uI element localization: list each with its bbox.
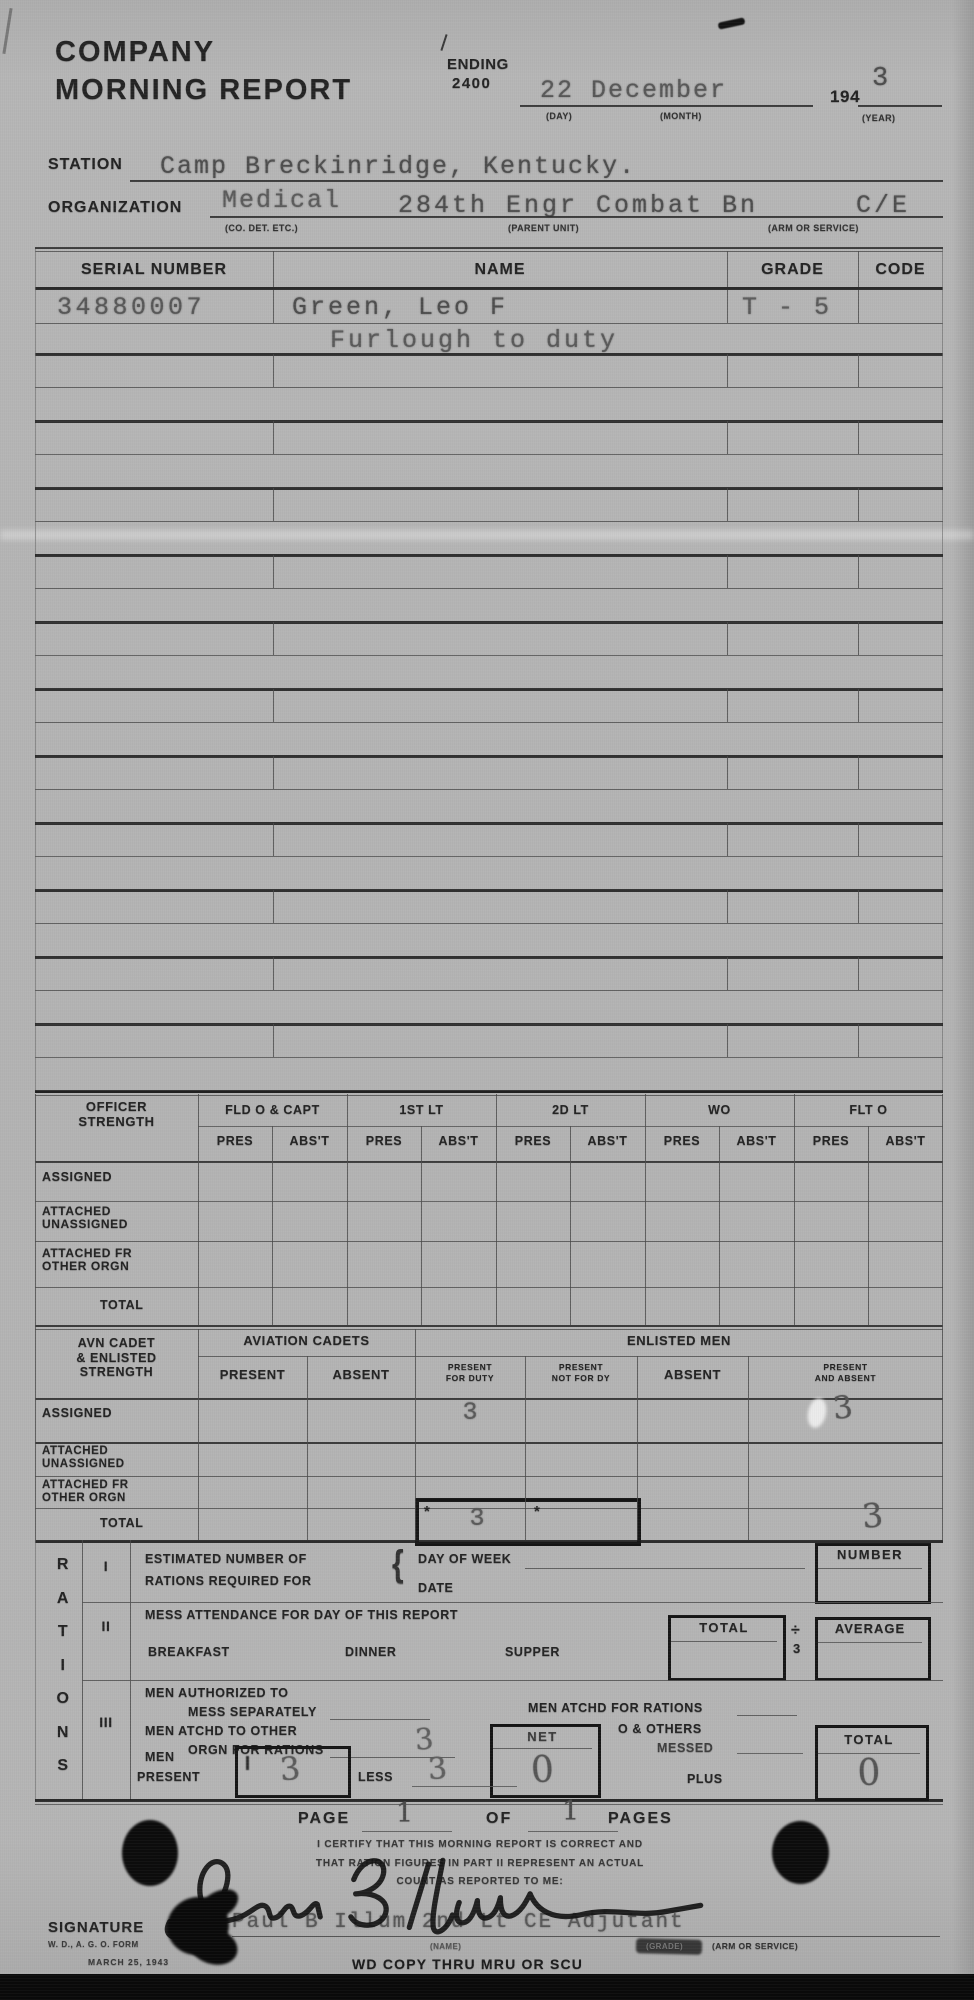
roster-row-divider (35, 990, 943, 991)
mess-attendance-label: MESS ATTENDANCE FOR DAY OF THIS REPORT (145, 1608, 458, 1622)
officer-row-divider (35, 1287, 943, 1288)
punch-hole-left (122, 1820, 178, 1886)
roster-column-divider (273, 622, 274, 655)
cadet-bottom-rule (35, 1540, 943, 1543)
roster-column-divider (273, 354, 274, 387)
mess-total-box-label: TOTAL (668, 1621, 780, 1636)
ink-dash-mark (718, 17, 746, 29)
table-column-divider (645, 1094, 646, 1325)
enlisted-group-header: ENLISTED MEN (415, 1334, 943, 1349)
roster-right-border (942, 249, 943, 1091)
men-label: MEN (145, 1750, 175, 1764)
officer-group-header: 1ST LT (347, 1103, 496, 1117)
co-det-label: (CO. DET. ETC.) (225, 223, 298, 233)
table-column-divider (198, 1094, 199, 1325)
rations-left-border (35, 1540, 36, 1800)
roster-column-divider (273, 421, 274, 454)
table-column-divider (415, 1329, 416, 1540)
station-label: STATION (48, 156, 123, 174)
org-company-value: Medical (222, 186, 341, 215)
officer-pres-header: PRES (496, 1134, 570, 1148)
officer-group-header: WO (645, 1103, 794, 1117)
roster-row-divider (35, 722, 943, 723)
total-present-and-absent-value: 3 (860, 1495, 884, 1536)
cadet-top-rule (35, 1329, 943, 1330)
cadet-group-header: AVIATION CADETS (198, 1334, 415, 1349)
officer-abst-header: ABS'T (868, 1134, 943, 1148)
organization-underline (210, 216, 943, 218)
roster-column-divider (858, 957, 859, 990)
roster-column-divider (273, 756, 274, 789)
roster-column-divider (858, 689, 859, 722)
year-underline (858, 105, 942, 107)
scan-bottom-band (0, 1974, 974, 2000)
date-label: DATE (418, 1581, 454, 1595)
form-title-line2: MORNING REPORT (55, 74, 352, 107)
enlisted-col-present-for-duty: PRESENT FOR DUTY (415, 1362, 525, 1384)
officer-group-header: FLT O (794, 1103, 943, 1117)
arm-service-label: (ARM OR SERVICE) (768, 223, 859, 233)
number-box-divider (818, 1568, 922, 1569)
officer-pres-header: PRES (794, 1134, 868, 1148)
roster-column-divider (858, 488, 859, 521)
roster-row-divider (35, 856, 943, 857)
cadet-row-label: ATTACHED UNASSIGNED (42, 1445, 125, 1470)
entry-name: Green, Leo F (292, 293, 508, 322)
ink-slash-mark (440, 34, 447, 51)
mess-separately-label: MESS SEPARATELY (188, 1705, 317, 1719)
table-column-divider (748, 1356, 749, 1540)
year-field-value: 3 (872, 64, 888, 94)
officer-pres-header: PRES (347, 1134, 421, 1148)
officer-header-rule (35, 1161, 943, 1163)
men-atchd-other-label: MEN ATCHD TO OTHER (145, 1724, 297, 1738)
ending-time: 2400 (452, 75, 491, 92)
roster-column-divider (273, 823, 274, 856)
officer-group-header: FLD O & CAPT (198, 1103, 347, 1117)
less-label: LESS (358, 1770, 393, 1784)
cadet-row-divider (35, 1442, 943, 1444)
roster-left-border (35, 249, 36, 1091)
divide-sign: ÷ (791, 1622, 800, 1640)
scan-corner-mark (2, 8, 12, 54)
pages-label: PAGES (608, 1810, 673, 1828)
roster-column-divider (727, 421, 728, 454)
roster-row-divider (35, 1057, 943, 1058)
roster-column-divider (858, 555, 859, 588)
form-number-line1: W. D., A. G. O. FORM (48, 1940, 139, 1949)
signature-label: SIGNATURE (48, 1919, 144, 1936)
rations-numeral-2: II (84, 1618, 128, 1634)
roster-column-divider (858, 823, 859, 856)
roster-header-serial: SERIAL NUMBER (35, 261, 273, 279)
estimated-rations-label: ESTIMATED NUMBER OF (145, 1552, 307, 1566)
rations-total-box-label: TOTAL (815, 1733, 923, 1748)
table-column-divider (525, 1356, 526, 1540)
roster-column-divider (858, 290, 859, 323)
form-title-line1: COMPANY (55, 36, 215, 69)
roster-column-divider (858, 890, 859, 923)
officer-bottom-rule (35, 1325, 943, 1327)
assigned-present-for-duty-value: 3 (420, 1398, 520, 1427)
organization-label: ORGANIZATION (48, 199, 182, 217)
cadet-col-present: PRESENT (198, 1368, 307, 1383)
roster-header-name: NAME (273, 261, 727, 279)
table-column-divider (719, 1126, 720, 1325)
roster-header-rule (35, 287, 943, 290)
day-of-week-label: DAY OF WEEK (418, 1552, 511, 1566)
table-column-divider (942, 1094, 943, 1540)
roster-column-divider (273, 957, 274, 990)
officer-abst-header: ABS'T (570, 1134, 645, 1148)
table-column-divider (868, 1126, 869, 1325)
roster-row-divider (35, 387, 943, 388)
table-column-divider (35, 1094, 36, 1540)
enlisted-col-present-and-absent: PRESENT AND ABSENT (748, 1362, 943, 1384)
roster-block-divider (35, 621, 943, 624)
officer-row-divider (35, 1241, 943, 1242)
cadet-table-title: AVN CADET & ENLISTED STRENGTH (35, 1336, 198, 1380)
parent-unit-label: (PARENT UNIT) (508, 223, 579, 233)
page-label: PAGE (298, 1810, 350, 1828)
table-column-divider (637, 1356, 638, 1540)
roster-column-divider (273, 1024, 274, 1057)
table-column-divider (794, 1094, 795, 1325)
total-present-for-duty-value: 3 (432, 1504, 522, 1533)
scan-streak (0, 530, 974, 540)
officer-table-title: OFFICER STRENGTH (35, 1100, 198, 1130)
rations-bottom-rule2 (35, 1804, 943, 1805)
roster-row-divider (35, 789, 943, 790)
roster-block-divider (35, 487, 943, 490)
net-box-label: NET (490, 1730, 595, 1745)
roster-block-divider (35, 889, 943, 892)
page-number-value: 1 (396, 1798, 413, 1829)
roster-header-code: CODE (858, 261, 943, 279)
messed-underline (737, 1753, 803, 1754)
rations-row2-divider (82, 1680, 943, 1681)
rations-bottom-rule (35, 1799, 943, 1802)
roster-row-divider (35, 323, 943, 324)
men-authorized-label: MEN AUTHORIZED TO (145, 1686, 289, 1700)
men-atchd-rations-underline (737, 1715, 797, 1716)
officer-group-header: 2D LT (496, 1103, 645, 1117)
table-column-divider (570, 1126, 571, 1325)
table-column-divider (496, 1094, 497, 1325)
day-label: (DAY) (546, 111, 572, 121)
officer-row-label: ASSIGNED (42, 1170, 112, 1184)
roster-block-divider (35, 554, 943, 557)
total-footnote-star: * (534, 1503, 540, 1520)
roster-column-divider (727, 555, 728, 588)
cadet-row-divider (35, 1476, 943, 1477)
roster-block-divider (35, 956, 943, 959)
divide-by-value: 3 (793, 1642, 801, 1657)
assigned-present-and-absent-value: 3 (831, 1389, 854, 1427)
station-field-value: Camp Breckinridge, Kentucky. (160, 152, 636, 181)
entry-serial-number: 34880007 (57, 293, 205, 322)
year-prefix: 194 (830, 87, 860, 107)
roster-column-divider (727, 823, 728, 856)
roster-top-rule2 (35, 251, 943, 252)
roster-block-divider (35, 755, 943, 758)
scan-edge-shadow-right (952, 0, 974, 2000)
rations-vertical-label: R A T I O N S (50, 1548, 76, 1783)
roster-column-divider (727, 290, 728, 323)
roster-column-divider (858, 1024, 859, 1057)
officer-abst-header: ABS'T (719, 1134, 794, 1148)
rations-row1-divider (82, 1602, 943, 1603)
officer-row-label: TOTAL (100, 1298, 144, 1312)
roster-column-divider (858, 622, 859, 655)
men-atchd-rations-label: MEN ATCHD FOR RATIONS (528, 1701, 703, 1715)
mess-total-box-divider (671, 1641, 777, 1642)
page-underline (362, 1831, 452, 1832)
roster-column-divider (727, 1024, 728, 1057)
roster-column-divider (727, 756, 728, 789)
enlisted-col-present-not-for-dy: PRESENT NOT FOR DY (525, 1362, 637, 1384)
mess-separately-underline (330, 1719, 430, 1720)
entry-grade: T - 5 (742, 293, 832, 322)
officer-row-divider (35, 1201, 943, 1202)
roster-block-divider (35, 822, 943, 825)
cadet-subheader-rule (198, 1356, 943, 1357)
breakfast-label: BREAKFAST (148, 1645, 230, 1659)
station-underline (130, 180, 943, 182)
officer-row-label: ATTACHED FR OTHER ORGN (42, 1247, 132, 1273)
roster-row-divider (35, 655, 943, 656)
estimated-rations-label2: RATIONS REQUIRED FOR (145, 1574, 312, 1588)
brace-glyph: { (392, 1544, 404, 1587)
officer-pres-header: PRES (645, 1134, 719, 1148)
average-box-divider (818, 1642, 922, 1643)
rations-numeral-1: I (84, 1558, 128, 1574)
total-footnote-star: * (424, 1503, 430, 1520)
table-column-divider (198, 1329, 199, 1540)
roster-block-divider (35, 353, 943, 356)
of-label: OF (486, 1810, 512, 1828)
roster-row-divider (35, 923, 943, 924)
roster-column-divider (273, 555, 274, 588)
dinner-label: DINNER (345, 1645, 397, 1659)
scan-white-blotch (805, 1396, 829, 1429)
roster-block-divider (35, 1023, 943, 1026)
supper-label: SUPPER (505, 1645, 560, 1659)
rations-numeral-divider (130, 1540, 131, 1800)
roster-row-divider (35, 521, 943, 522)
roster-column-divider (727, 890, 728, 923)
less-underline (412, 1786, 517, 1787)
pages-number-value: 1 (562, 1796, 579, 1827)
officer-top-rule2 (35, 1095, 943, 1096)
roster-column-divider (858, 756, 859, 789)
roster-column-divider (727, 622, 728, 655)
officer-pres-header: PRES (198, 1134, 272, 1148)
cadet-col-absent: ABSENT (307, 1368, 415, 1383)
entry-remark: Furlough to duty (330, 326, 618, 355)
table-column-divider (307, 1356, 308, 1540)
roster-column-divider (727, 354, 728, 387)
roster-block-divider (35, 420, 943, 423)
roster-row-divider (35, 454, 943, 455)
roster-row-divider (35, 588, 943, 589)
average-box-label: AVERAGE (815, 1622, 925, 1637)
day-of-week-underline (525, 1568, 805, 1569)
table-column-divider (421, 1126, 422, 1325)
ending-label: ENDING (447, 56, 509, 73)
roster-column-divider (858, 421, 859, 454)
roster-column-divider (858, 354, 859, 387)
roster-column-divider (273, 689, 274, 722)
number-box-label: NUMBER (815, 1548, 925, 1563)
roster-column-divider (727, 689, 728, 722)
rations-total-value: 0 (814, 1751, 923, 1796)
rations-letter-divider (82, 1540, 83, 1800)
roster-block-divider (35, 688, 943, 691)
messed-label: MESSED (657, 1741, 713, 1755)
roster-top-rule (35, 247, 943, 249)
rations-numeral-3: III (84, 1714, 128, 1730)
enlisted-col-absent: ABSENT (637, 1368, 748, 1383)
present-label: PRESENT (137, 1770, 200, 1784)
roster-header-grade: GRADE (727, 261, 858, 279)
year-label: (YEAR) (862, 113, 895, 123)
roster-column-divider (273, 890, 274, 923)
officer-abst-header: ABS'T (421, 1134, 496, 1148)
roster-column-divider (727, 957, 728, 990)
less-value: 3 (427, 1751, 448, 1787)
officer-row-label: ATTACHED UNASSIGNED (42, 1205, 128, 1231)
table-column-divider (347, 1094, 348, 1325)
cadet-row-label: ATTACHED FR OTHER ORGN (42, 1479, 129, 1504)
o-and-others-label: O & OTHERS (618, 1722, 702, 1736)
roster-column-divider (727, 488, 728, 521)
punch-hole-right (772, 1821, 829, 1884)
pages-underline (528, 1831, 618, 1832)
roster-column-divider (273, 488, 274, 521)
month-label: (MONTH) (660, 111, 702, 121)
cadet-row-label: TOTAL (100, 1516, 144, 1530)
date-underline (520, 105, 813, 107)
plus-label: PLUS (687, 1772, 723, 1786)
morning-report-scan: COMPANY MORNING REPORT ENDING 2400 22 De… (0, 0, 974, 2000)
cadet-row-label: ASSIGNED (42, 1406, 112, 1420)
officer-abst-header: ABS'T (272, 1134, 347, 1148)
roster-block-divider (35, 1090, 943, 1093)
date-field-value: 22 December (540, 76, 727, 105)
table-column-divider (272, 1126, 273, 1325)
roster-column-divider (273, 290, 274, 323)
